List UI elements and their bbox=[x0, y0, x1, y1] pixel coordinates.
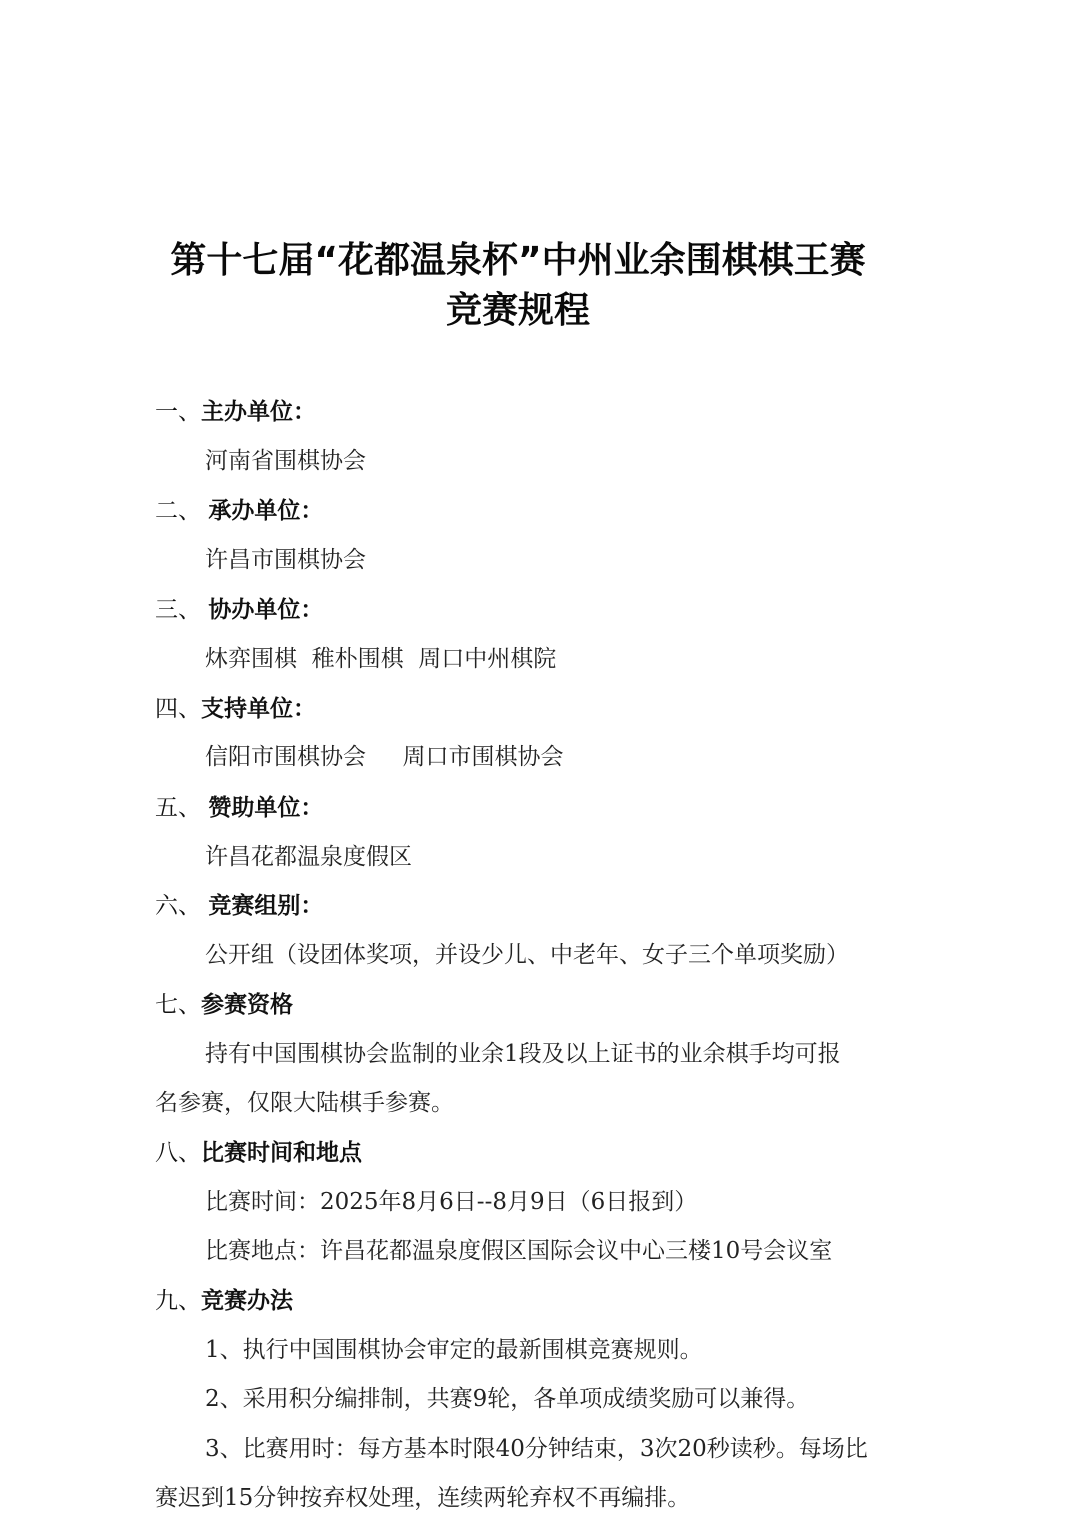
section-heading-text: 主办单位： bbox=[201, 399, 316, 425]
section-number: 三、 bbox=[155, 597, 208, 623]
section-heading-co-organizer: 三、 协办单位： bbox=[155, 591, 323, 624]
section-body-host: 许昌市围棋协会 bbox=[205, 541, 366, 574]
rule-item-1: 1、执行中国围棋协会审定的最新围棋竞赛规则。 bbox=[205, 1331, 703, 1364]
rule-item-3-line1: 3、比赛用时：每方基本时限40分钟结束，3次20秒读秒。每场比 bbox=[205, 1430, 868, 1463]
section-number: 九、 bbox=[155, 1288, 201, 1314]
section-body-eligibility-line2: 名参赛，仅限大陆棋手参赛。 bbox=[155, 1084, 454, 1117]
section-heading-host: 二、 承办单位： bbox=[155, 492, 323, 525]
rule-item-2: 2、采用积分编排制，共赛9轮，各单项成绩奖励可以兼得。 bbox=[205, 1380, 809, 1413]
section-body-venue: 比赛地点：许昌花都温泉度假区国际会议中心三楼10号会议室 bbox=[205, 1232, 832, 1265]
section-number: 七、 bbox=[155, 992, 201, 1018]
section-heading-eligibility: 七、参赛资格 bbox=[155, 986, 293, 1019]
section-number: 二、 bbox=[155, 498, 208, 524]
section-heading-text: 支持单位： bbox=[201, 696, 316, 722]
section-heading-text: 竞赛办法 bbox=[201, 1288, 293, 1314]
section-heading-organizer: 一、主办单位： bbox=[155, 393, 316, 426]
section-body-supporter: 信阳市围棋协会 周口市围棋协会 bbox=[205, 738, 564, 771]
document-title: 第十七届“花都温泉杯”中州业余围棋棋王赛 bbox=[0, 232, 1058, 283]
section-heading-rules: 九、竞赛办法 bbox=[155, 1282, 293, 1315]
document-subtitle: 竞赛规程 bbox=[0, 282, 1058, 333]
section-body-time: 比赛时间：2025年8月6日--8月9日（6日报到） bbox=[205, 1183, 697, 1216]
section-heading-text: 承办单位： bbox=[208, 498, 323, 524]
section-heading-text: 比赛时间和地点 bbox=[201, 1140, 362, 1166]
section-heading-supporter: 四、支持单位： bbox=[155, 690, 316, 723]
section-heading-time-venue: 八、比赛时间和地点 bbox=[155, 1134, 362, 1167]
section-heading-sponsor: 五、 赞助单位： bbox=[155, 789, 323, 822]
section-body-eligibility-line1: 持有中国围棋协会监制的业余1段及以上证书的业余棋手均可报 bbox=[205, 1035, 841, 1068]
section-body-organizer: 河南省围棋协会 bbox=[205, 442, 366, 475]
section-heading-text: 协办单位： bbox=[208, 597, 323, 623]
section-body-groups: 公开组（设团体奖项，并设少儿、中老年、女子三个单项奖励） bbox=[205, 936, 849, 969]
section-number: 八、 bbox=[155, 1140, 201, 1166]
section-heading-text: 赞助单位： bbox=[208, 795, 323, 821]
section-heading-text: 竞赛组别： bbox=[208, 893, 323, 919]
section-number: 一、 bbox=[155, 399, 201, 425]
section-number: 五、 bbox=[155, 795, 208, 821]
section-heading-groups: 六、 竞赛组别： bbox=[155, 887, 323, 920]
section-heading-text: 参赛资格 bbox=[201, 992, 293, 1018]
section-number: 六、 bbox=[155, 893, 208, 919]
section-number: 四、 bbox=[155, 696, 201, 722]
section-body-co-organizer: 炑弈围棋 稚朴围棋 周口中州棋院 bbox=[205, 640, 556, 673]
section-body-sponsor: 许昌花都温泉度假区 bbox=[205, 838, 412, 871]
rule-item-3-line2: 赛迟到15分钟按弃权处理，连续两轮弃权不再编排。 bbox=[155, 1479, 690, 1512]
